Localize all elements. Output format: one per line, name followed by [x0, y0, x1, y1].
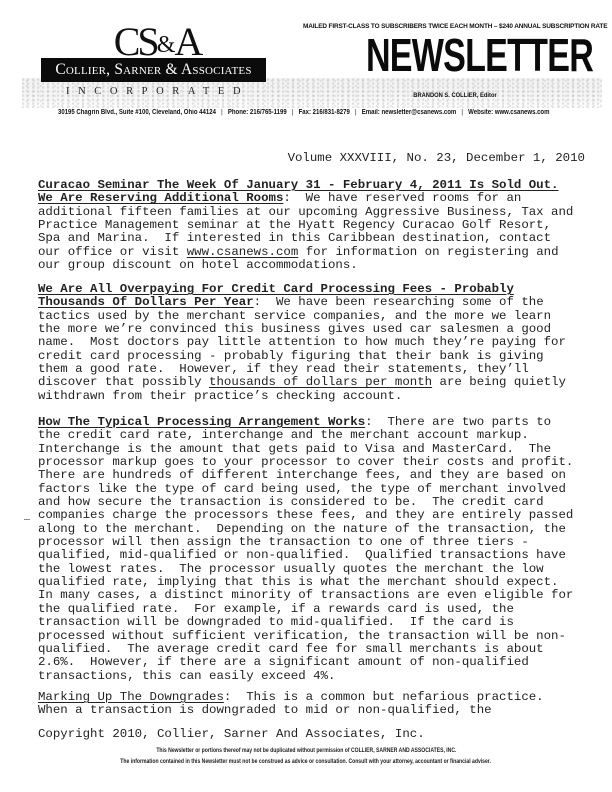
issue-info: Volume XXXVIII, No. 23, December 1, 2010 — [0, 152, 585, 165]
article-processing-arrangement: How The Typical Processing Arrangement W… — [38, 416, 578, 683]
text-line: transaction will be downgraded to mid-qu… — [38, 616, 578, 629]
text-line: and how secure the transaction is consid… — [38, 496, 578, 509]
emphasis-underline: thousands of dollars per month — [209, 375, 432, 389]
disclaimer-advice: The information contained in this Newsle… — [0, 758, 612, 765]
text-line: the more we’re convinced this business g… — [38, 323, 578, 336]
text-line: We Are Reserving Additional Rooms: We ha… — [38, 192, 578, 205]
disclaimer-text: This Newsletter or portions thereof may … — [156, 747, 456, 754]
disclaimer-text: The information contained in this Newsle… — [121, 758, 492, 765]
line-text: qualified rate, implying that this is wh… — [38, 575, 559, 589]
article-marking-up-downgrades: Marking Up The Downgrades: This is a com… — [38, 691, 578, 718]
line-text: processor markup goes to your processor … — [38, 455, 573, 469]
text-line: Marking Up The Downgrades: This is a com… — [38, 691, 578, 704]
article-curacao-seminar: Curacao Seminar The Week Of January 31 -… — [38, 179, 578, 272]
line-text: additional fifteen families at our upcom… — [38, 205, 573, 219]
text-line: the credit card rate, interchange and th… — [38, 429, 578, 442]
text-line: transactions, this can easily exceed 4%. — [38, 670, 578, 683]
text-line: qualified rate, implying that this is wh… — [38, 576, 578, 589]
line-text: : We have reserved rooms for an — [283, 191, 521, 205]
separator: | — [350, 109, 362, 116]
text-line: the lowest rates. The processor usually … — [38, 563, 578, 576]
line-text: : There are two parts to — [365, 415, 551, 429]
line-text: the credit card rate, interchange and th… — [38, 428, 529, 442]
text-line: processor will then assign the transacti… — [38, 536, 578, 549]
line-text: Spa and Marina. If interested in this Ca… — [38, 231, 551, 245]
text-line: along to the merchant. Depending on the … — [38, 523, 578, 536]
line-text: processor will then assign the transacti… — [38, 535, 529, 549]
line-text: tactics used by the merchant service com… — [38, 309, 551, 323]
article-heading: We Are Reserving Additional Rooms — [38, 191, 283, 205]
contact-address: 30195 Chagrin Blvd., Suite #100, Clevela… — [58, 109, 216, 116]
line-text: In many cases, a distinct minority of tr… — [38, 588, 573, 602]
line-text: transaction will be downgraded to mid-qu… — [38, 615, 514, 629]
contact-phone: Phone: 216/765-1199 — [228, 109, 287, 116]
text-line: Thousands Of Dollars Per Year: We have b… — [38, 296, 578, 309]
text-line: How The Typical Processing Arrangement W… — [38, 416, 578, 429]
text-line: qualified. The average credit card fee f… — [38, 643, 578, 656]
line-text: along to the merchant. Depending on the … — [38, 522, 566, 536]
line-text: Interchange is the amount that gets paid… — [38, 442, 551, 456]
line-text: and how secure the transaction is consid… — [38, 495, 544, 509]
text-line: There are hundreds of different intercha… — [38, 469, 578, 482]
copyright-notice: Copyright 2010, Collier, Sarner And Asso… — [38, 728, 425, 741]
contact-website-link[interactable]: Website: www.csanews.com — [468, 109, 549, 116]
text-line: processed without sufficient verificatio… — [38, 630, 578, 643]
text-line: additional fifteen families at our upcom… — [38, 206, 578, 219]
margin-mark — [24, 519, 30, 520]
line-text: withdrawn from their practice’s checking… — [38, 389, 402, 403]
text-line: Practice Management seminar at the Hyatt… — [38, 219, 578, 232]
text-line: factors like the type of card being used… — [38, 483, 578, 496]
line-text: qualified, mid-qualified or non-qualifie… — [38, 548, 566, 562]
contact-line: 30195 Chagrin Blvd., Suite #100, Clevela… — [58, 109, 505, 116]
text-line: credit card processing - probably figuri… — [38, 350, 578, 363]
line-text: discover that possibly — [38, 375, 209, 389]
line-text: transactions, this can easily exceed 4%. — [38, 669, 335, 683]
line-text: the more we’re convinced this business g… — [38, 322, 551, 336]
line-text: the lowest rates. The processor usually … — [38, 562, 544, 576]
text-line: Interchange is the amount that gets paid… — [38, 443, 578, 456]
text-line: processor markup goes to your processor … — [38, 456, 578, 469]
separator: | — [216, 109, 228, 116]
text-line: withdrawn from their practice’s checking… — [38, 390, 578, 403]
line-text: the qualified rate. For example, if a re… — [38, 602, 514, 616]
company-logo-mark: CS&A — [112, 22, 202, 62]
line-text: for information on registering and — [298, 245, 558, 259]
text-line: Spa and Marina. If interested in this Ca… — [38, 232, 578, 245]
text-line: We Are All Overpaying For Credit Card Pr… — [38, 283, 578, 296]
article-credit-card-fees: We Are All Overpaying For Credit Card Pr… — [38, 283, 578, 403]
line-text: : This is a common but nefarious practic… — [224, 690, 544, 704]
line-text: processed without sufficient verificatio… — [38, 629, 566, 643]
line-text: are being quietly — [432, 375, 566, 389]
text-line: them a good rate. However, if they read … — [38, 363, 578, 376]
separator: | — [287, 109, 299, 116]
newsletter-title: NEWSLETTER — [366, 30, 525, 80]
contact-fax: Fax: 216/831-8279 — [299, 109, 350, 116]
line-text: When a transaction is downgraded to mid … — [38, 703, 492, 717]
text-line: the qualified rate. For example, if a re… — [38, 603, 578, 616]
text-line: In many cases, a distinct minority of tr… — [38, 589, 578, 602]
disclaimer-duplication: This Newsletter or portions thereof may … — [0, 747, 612, 754]
article-heading: We Are All Overpaying For Credit Card Pr… — [38, 282, 514, 296]
line-text: credit card processing - probably figuri… — [38, 349, 544, 363]
line-text: qualified. The average credit card fee f… — [38, 642, 544, 656]
article-heading: Curacao Seminar The Week Of January 31 -… — [38, 178, 559, 192]
text-line: qualified, mid-qualified or non-qualifie… — [38, 549, 578, 562]
separator: | — [456, 109, 468, 116]
logo-ampersand: & — [157, 32, 175, 58]
incorporated-label: INCORPORATED — [66, 86, 241, 97]
text-line: our office or visit www.csanews.com for … — [38, 246, 578, 259]
text-line: name. Most doctors pay little attention … — [38, 336, 578, 349]
line-text: our office or visit — [38, 245, 187, 259]
text-line: When a transaction is downgraded to mid … — [38, 704, 578, 717]
line-text: There are hundreds of different intercha… — [38, 468, 566, 482]
company-name-band: Collier, Sarner & Associates — [41, 58, 266, 82]
text-line: our group discount on hotel accommodatio… — [38, 259, 578, 272]
line-text: factors like the type of card being used… — [38, 482, 566, 496]
article-heading: Thousands Of Dollars Per Year — [38, 295, 254, 309]
line-text: name. Most doctors pay little attention … — [38, 335, 566, 349]
website-link[interactable]: www.csanews.com — [187, 245, 299, 259]
text-line: 2.6%. However, if there are a significan… — [38, 656, 578, 669]
masthead: CS&A Collier, Sarner & Associates INCORP… — [0, 0, 612, 122]
line-text: companies charge the processors these fe… — [38, 508, 573, 522]
text-line: discover that possibly thousands of doll… — [38, 376, 578, 389]
line-text: Practice Management seminar at the Hyatt… — [38, 218, 551, 232]
line-text: 2.6%. However, if there are a significan… — [38, 655, 529, 669]
contact-email-link[interactable]: Email: newsletter@csanews.com — [362, 109, 457, 116]
text-line: companies charge the processors these fe… — [38, 509, 578, 522]
text-line: tactics used by the merchant service com… — [38, 310, 578, 323]
line-text: them a good rate. However, if they read … — [38, 362, 529, 376]
editor-credit: BRANDON S. COLLIER, Editor — [408, 92, 502, 99]
line-text: : We have been researching some of the — [254, 295, 544, 309]
text-line: Curacao Seminar The Week Of January 31 -… — [38, 179, 578, 192]
article-heading: How The Typical Processing Arrangement W… — [38, 415, 365, 429]
article-subheading: Marking Up The Downgrades — [38, 690, 224, 704]
line-text: our group discount on hotel accommodatio… — [38, 258, 358, 272]
